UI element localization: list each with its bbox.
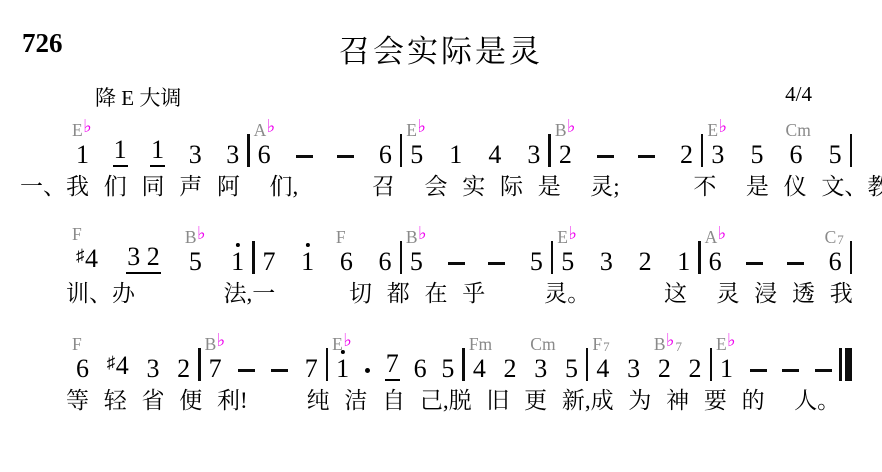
measure: F743B♭722 [588, 357, 709, 381]
note-token: F74 [595, 357, 610, 381]
note-token: 2 [688, 357, 703, 381]
dotted-note-dot [363, 368, 372, 381]
note-digit: 1 [719, 357, 734, 381]
chord-label: E♭ [406, 121, 426, 140]
chord-label: B♭ [205, 335, 226, 354]
note-digit: 5 [749, 143, 764, 167]
duration-dash [337, 155, 354, 167]
chord-letter: E [557, 227, 568, 247]
note-digit: 5 [188, 250, 203, 274]
note-token: 2 [638, 250, 653, 274]
note-token: 6 [378, 143, 393, 167]
header: 726 召会实际是灵 [0, 26, 882, 72]
duration-dash [787, 262, 804, 274]
chord-label: F7 [592, 336, 609, 354]
system-2: F♯43 2B♭5171F66B♭55E♭5321A♭6C76 训、办 法,一 … [0, 215, 882, 309]
note-token: A♭6 [708, 250, 723, 274]
barline [850, 241, 852, 274]
note-token: 1 [676, 250, 691, 274]
chord-label: B♭ [555, 121, 576, 140]
note-digit: 3 [710, 143, 725, 167]
barline [850, 134, 852, 167]
chord-label: B♭7 [654, 335, 682, 354]
note-token: 5 [564, 357, 579, 381]
note-token: 1 [113, 138, 128, 167]
note-digit: 5 [440, 357, 455, 381]
chord-letter: F [469, 334, 479, 354]
note-digit: 3 [599, 250, 614, 274]
note-digit: 7 [262, 250, 277, 274]
note-token: E♭1 [719, 357, 734, 381]
note-digit: 3 [626, 357, 641, 381]
note-digit: 1 [75, 143, 90, 167]
note-token: 1 [300, 250, 315, 274]
chord-letter: B [654, 334, 666, 354]
note-digit: 1 [335, 357, 350, 381]
chord-letter: F [336, 227, 346, 247]
lyrics-line-2: 训、办 法,一 切 都 在 乎 灵。 这 灵 浸 透 我 们, 何 [0, 279, 882, 309]
note-token: E♭3 [710, 143, 725, 167]
flat-sign: ♭ [217, 330, 226, 350]
dot [365, 368, 370, 373]
duration-dash [597, 155, 614, 167]
final-bar-thick [845, 348, 852, 381]
duration-dash [782, 369, 799, 381]
note-digit: 7 [385, 352, 400, 381]
note-token: C76 [828, 250, 843, 274]
flat-sign: ♭ [666, 330, 675, 350]
note-token: 3 [626, 357, 641, 381]
note-token: 1 [230, 250, 245, 274]
note-token: B♭72 [657, 357, 672, 381]
notation-line-2: F♯43 2B♭5171F66B♭55E♭5321A♭6C76 [0, 215, 882, 274]
chord-label: Cm [786, 122, 811, 140]
dash-line [337, 155, 354, 158]
system-1: E♭11133A♭66E♭5143B♭22E♭35Cm65 一、我 们 同 声 … [0, 108, 882, 202]
chord-letter: C [825, 227, 837, 247]
measure: 71F66 [255, 250, 400, 274]
note-digit: 5 [529, 250, 544, 274]
measure: E♭5143 [402, 143, 548, 167]
note-digit: 3 [145, 357, 160, 381]
note-token: 7 [262, 250, 277, 274]
note-digit: 6 [377, 250, 392, 274]
octave-dot [306, 243, 310, 247]
note-token: ♯4 [106, 354, 130, 381]
dash-line [787, 262, 804, 265]
note-token: B♭2 [558, 143, 573, 167]
duration-dash [488, 262, 505, 274]
measure: B♭55 [402, 250, 551, 274]
note-token: 3 [599, 250, 614, 274]
note-digit: 1 [448, 143, 463, 167]
chord-letter: B [406, 227, 418, 247]
chord-label: F [72, 226, 82, 244]
time-signature: 4/4 [785, 82, 812, 108]
measure: F♯43 2B♭51 [68, 245, 252, 274]
octave-dot [236, 243, 240, 247]
flat-sign: ♭ [719, 116, 728, 136]
note-digit: 3 [188, 143, 203, 167]
note-token: Cm6 [789, 143, 804, 167]
chord-letter: m [479, 334, 493, 354]
note-digit: 6 [828, 250, 843, 274]
measure: A♭66 [250, 143, 400, 167]
measure: E♭1765 [328, 352, 462, 381]
note-digit: 2 [558, 143, 573, 167]
flat-sign: ♭ [727, 330, 736, 350]
chord-label: E♭ [707, 121, 727, 140]
note-token: E♭1 [75, 143, 90, 167]
measure: B♭22 [551, 143, 701, 167]
flat-sign: ♭ [568, 223, 577, 243]
note-digit: ♯4 [106, 354, 130, 381]
chord-letter: E [707, 120, 718, 140]
chord-seventh: 7 [837, 232, 844, 247]
chord-label: A♭ [705, 228, 727, 247]
note-digit: 2 [679, 143, 694, 167]
note-digit: 6 [257, 143, 272, 167]
dash-line [638, 155, 655, 158]
note-token: 3 [225, 143, 240, 167]
note-token: 4 [487, 143, 502, 167]
dash-line [238, 369, 255, 372]
note-token: 1 [150, 138, 165, 167]
note-digit: 3 [225, 143, 240, 167]
measure: F6♯432 [68, 354, 198, 381]
note-token: 3 [145, 357, 160, 381]
hymn-number: 726 [22, 28, 63, 59]
chord-letter: B [555, 120, 567, 140]
duration-dash [638, 155, 655, 167]
chord-letter: A [705, 227, 718, 247]
note-digit: 1 [113, 138, 128, 167]
octave-dot [341, 350, 345, 354]
chord-label: E♭ [72, 121, 92, 140]
note-digit: 2 [688, 357, 703, 381]
note-digit: 5 [564, 357, 579, 381]
note-token: E♭5 [560, 250, 575, 274]
dash-line [488, 262, 505, 265]
note-token: 7 [385, 352, 400, 381]
note-token: B♭7 [208, 357, 223, 381]
note-digit: 2 [638, 250, 653, 274]
chord-seventh: 7 [676, 339, 683, 354]
sharp-sign: ♯ [76, 246, 85, 265]
note-token: 5 [828, 143, 843, 167]
flat-sign: ♭ [343, 330, 352, 350]
note-token: 5 [529, 250, 544, 274]
note-token: 2 [679, 143, 694, 167]
flat-sign: ♭ [418, 223, 427, 243]
note-token: E♭1 [335, 357, 350, 381]
chord-letter: m [797, 120, 811, 140]
chord-letter: B [205, 334, 217, 354]
sharp-sign: ♯ [107, 353, 116, 372]
note-token: F6 [75, 357, 90, 381]
note-token: 1 [448, 143, 463, 167]
notation-line-3: F6♯432B♭77E♭1765Fm42Cm35F743B♭722E♭1 [0, 322, 882, 381]
note-token: 3 [526, 143, 541, 167]
measure: E♭35Cm65 [703, 143, 849, 167]
notation-line-1: E♭11133A♭66E♭5143B♭22E♭35Cm65 [0, 108, 882, 167]
chord-label: A♭ [254, 121, 276, 140]
note-digit: 5 [409, 250, 424, 274]
note-token: B♭5 [409, 250, 424, 274]
dash-line [750, 369, 767, 372]
chord-label: C7 [825, 229, 844, 247]
duration-dash [238, 369, 255, 381]
note-digit: 3 [526, 143, 541, 167]
chord-label: Cm [530, 336, 555, 354]
note-digit: 5 [560, 250, 575, 274]
dash-line [782, 369, 799, 372]
note-digit: 7 [304, 357, 319, 381]
chord-letter: A [254, 120, 267, 140]
chord-label: F [72, 336, 82, 354]
duration-dash [750, 369, 767, 381]
dash-line [271, 369, 288, 372]
chord-letter: F [72, 224, 82, 244]
chord-label: E♭ [716, 335, 736, 354]
chord-letter: E [716, 334, 727, 354]
note-digit: 4 [487, 143, 502, 167]
chord-label: B♭ [406, 228, 427, 247]
note-digit: 2 [657, 357, 672, 381]
note-token: 2 [503, 357, 518, 381]
chord-letter: C [530, 334, 542, 354]
note-digit: ♯4 [75, 247, 99, 274]
key-row: 降 E 大调 4/4 [0, 82, 882, 108]
dash-line [597, 155, 614, 158]
key-signature: 降 E 大调 [95, 82, 181, 108]
duration-dash [746, 262, 763, 274]
note-digit: 7 [208, 357, 223, 381]
duration-dash [448, 262, 465, 274]
flat-sign: ♭ [567, 116, 576, 136]
chord-seventh: 7 [603, 339, 610, 354]
chord-label: B♭ [185, 228, 206, 247]
note-token: F♯4 [75, 247, 99, 274]
note-digit: 2 [176, 357, 191, 381]
note-token: 3 2 [126, 245, 161, 274]
note-digit: 6 [339, 250, 354, 274]
dash-line [746, 262, 763, 265]
page-title: 召会实际是灵 [0, 26, 882, 71]
note-digit: 1 [230, 250, 245, 274]
note-token: 3 [188, 143, 203, 167]
measure: E♭5321 [553, 250, 698, 274]
note-digit: 6 [413, 357, 428, 381]
note-digit: 4 [595, 357, 610, 381]
chord-letter: F [592, 334, 602, 354]
dash-line [815, 369, 832, 372]
note-digit: 2 [503, 357, 518, 381]
note-digit: 6 [75, 357, 90, 381]
chord-letter: E [406, 120, 417, 140]
note-digit: 6 [378, 143, 393, 167]
measure: A♭6C76 [701, 250, 850, 274]
note-digit: 5 [828, 143, 843, 167]
flat-sign: ♭ [267, 116, 276, 136]
note-token: 6 [413, 357, 428, 381]
note-digit: 1 [150, 138, 165, 167]
chord-letter: F [72, 334, 82, 354]
chord-letter: m [542, 334, 556, 354]
note-token: 2 [176, 357, 191, 381]
note-digit: 6 [708, 250, 723, 274]
chord-label: F [336, 229, 346, 247]
note-token: 5 [749, 143, 764, 167]
note-token: 6 [377, 250, 392, 274]
final-barline [839, 348, 852, 381]
chord-label: E♭ [557, 228, 577, 247]
chord-label: Fm [469, 336, 492, 354]
note-token: E♭5 [409, 143, 424, 167]
note-digit: 6 [789, 143, 804, 167]
note-token: 5 [440, 357, 455, 381]
dash-line [296, 155, 313, 158]
chord-letter: E [72, 120, 83, 140]
duration-dash [815, 369, 832, 381]
measure: Fm42Cm35 [465, 357, 586, 381]
flat-sign: ♭ [718, 223, 727, 243]
note-token: Cm3 [533, 357, 548, 381]
note-digit: 5 [409, 143, 424, 167]
chord-letter: B [185, 227, 197, 247]
sheet-music-page: 726 召会实际是灵 降 E 大调 4/4 E♭11133A♭66E♭5143B… [0, 0, 882, 472]
system-3: F6♯432B♭77E♭1765Fm42Cm35F743B♭722E♭1 等 轻… [0, 322, 882, 416]
dash-line [448, 262, 465, 265]
measure: B♭77 [201, 357, 326, 381]
measure: E♭1 [712, 357, 839, 381]
note-digit: 3 2 [126, 245, 161, 274]
note-digit: 1 [676, 250, 691, 274]
note-token: A♭6 [257, 143, 272, 167]
note-digit: 4 [472, 357, 487, 381]
note-token: F6 [339, 250, 354, 274]
flat-sign: ♭ [83, 116, 92, 136]
note-token: 7 [304, 357, 319, 381]
note-token: Fm4 [472, 357, 487, 381]
measure: E♭11133 [68, 138, 247, 167]
duration-dash [296, 155, 313, 167]
flat-sign: ♭ [197, 223, 206, 243]
note-digit: 1 [300, 250, 315, 274]
lyrics-line-3: 等 轻 省 便 利! 纯 洁 自 己,脱 旧 更 新,成 为 神 要 的 人。 [0, 386, 882, 416]
note-digit: 3 [533, 357, 548, 381]
flat-sign: ♭ [417, 116, 426, 136]
lyrics-line-1: 一、我 们 同 声 阿 们, 召 会 实 际 是 灵; 不 是 仪 文、教 [0, 172, 882, 202]
note-token: B♭5 [188, 250, 203, 274]
duration-dash [271, 369, 288, 381]
final-bar-thin [839, 348, 841, 381]
chord-letter: C [786, 120, 798, 140]
